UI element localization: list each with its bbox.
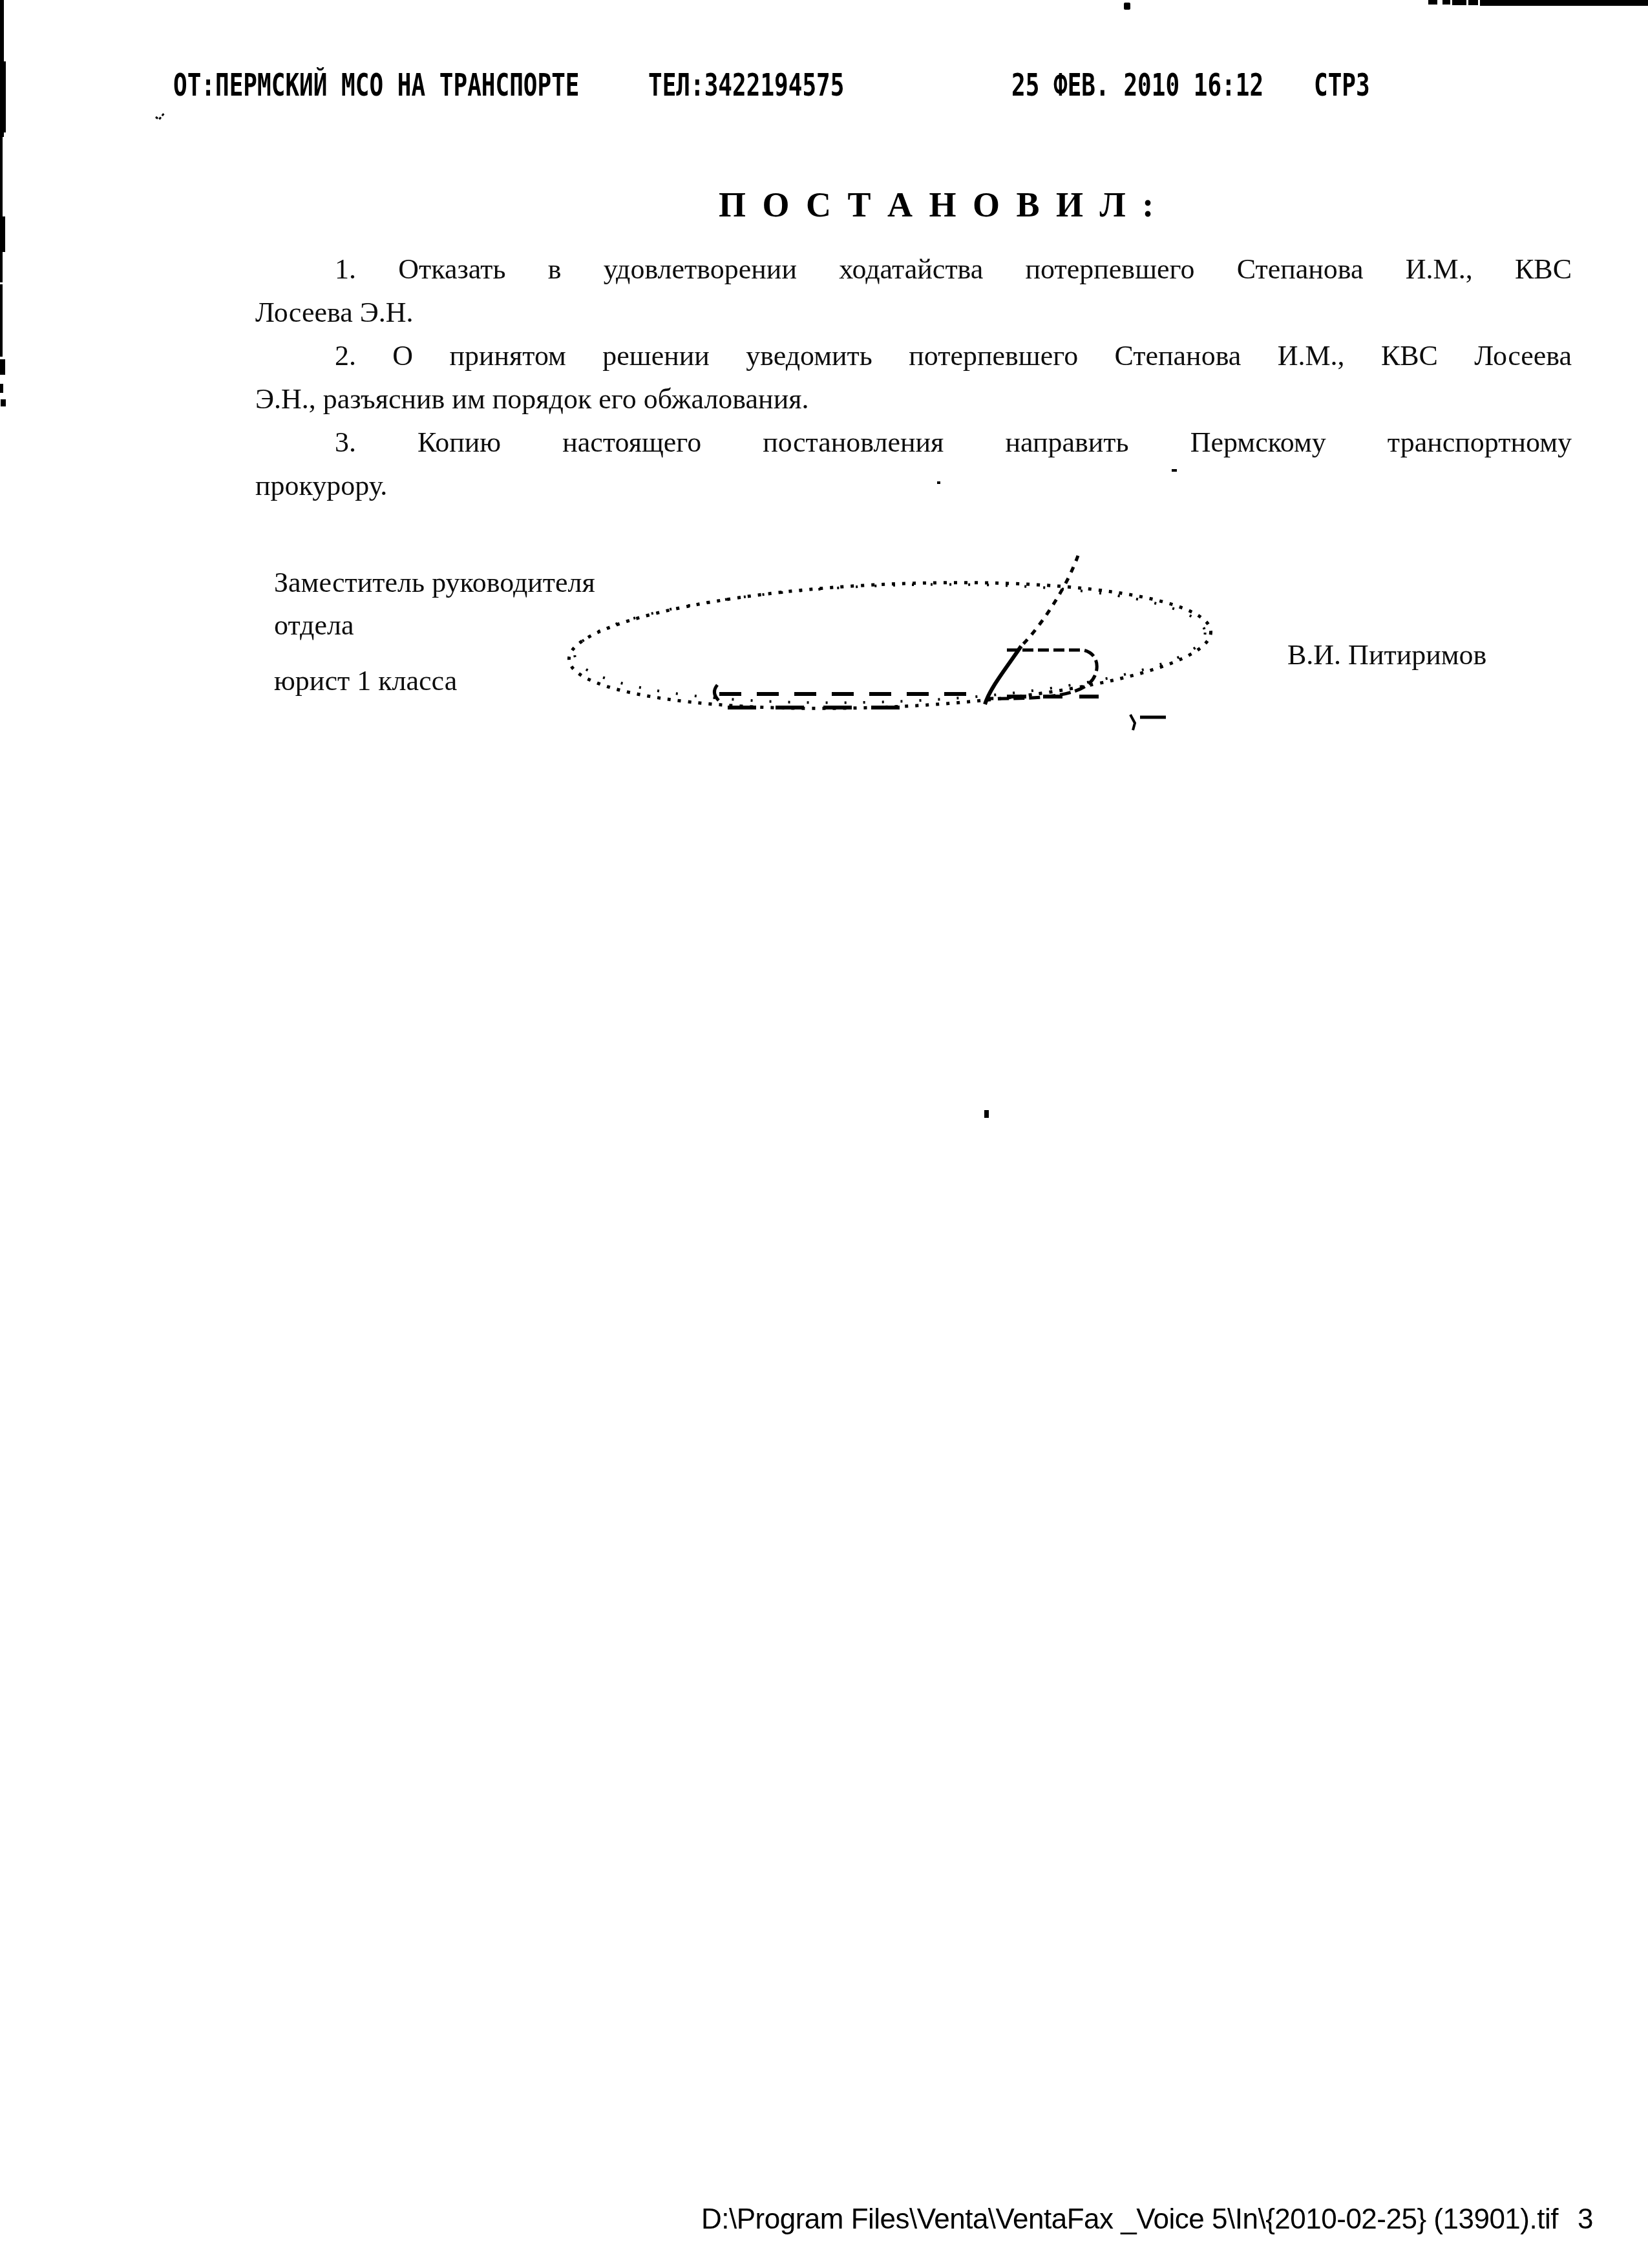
signature-scribble	[555, 541, 1246, 755]
paragraph-1-line-1: 1. Отказать в удовлетворении ходатайства…	[255, 247, 1572, 291]
signatory-name: В.И. Питиримов	[1287, 638, 1486, 671]
scan-artifact-left-edge	[0, 359, 5, 375]
signatory-post-line-2: отдела	[274, 609, 354, 642]
scan-speck	[1172, 469, 1177, 472]
fax-datetime: 25 ФЕВ. 2010 16:12	[1011, 68, 1263, 103]
scan-artifact-left-edge	[1, 399, 6, 406]
scanned-fax-page: { "fax_header": { "from": "ОТ:ПЕРМСКИЙ М…	[0, 0, 1648, 2268]
paragraph-3-line-2: прокурору.	[255, 464, 1572, 507]
scan-artifact-top-edge	[1442, 0, 1450, 5]
paragraph-1-line-2: Лосеева Э.Н.	[255, 291, 1572, 334]
scan-artifact-top-edge	[1452, 0, 1466, 5]
scan-artifact-left-edge	[0, 137, 3, 282]
document-body: 1. Отказать в удовлетворении ходатайства…	[255, 247, 1572, 507]
signatory-post-line-3: юрист 1 класса	[274, 664, 457, 697]
fax-telephone: ТЕЛ:3422194575	[648, 68, 844, 103]
document-title: П О С Т А Н О В И Л :	[719, 185, 1157, 225]
paragraph-2-line-1: 2. О принятом решении уведомить потерпев…	[255, 334, 1572, 377]
fax-transmission-header: ОТ:ПЕРМСКИЙ МСО НА ТРАНСПОРТЕ ТЕЛ:342219…	[0, 68, 1648, 111]
footer-file-path: D:\Program Files\Venta\VentaFax _Voice 5…	[701, 2203, 1558, 2235]
fax-page-label: СТРЗ	[1314, 68, 1370, 103]
footer-page-number: 3	[1578, 2203, 1593, 2235]
signatory-post-line-1: Заместитель руководителя	[274, 566, 595, 599]
scan-artifact-top-edge	[1468, 0, 1478, 5]
fax-sender: ОТ:ПЕРМСКИЙ МСО НА ТРАНСПОРТЕ	[173, 68, 580, 103]
scan-artifact-left-edge	[0, 384, 3, 393]
scan-artifact-left-edge	[0, 216, 5, 252]
footer: D:\Program Files\Venta\VentaFax _Voice 5…	[701, 2203, 1593, 2236]
scan-artifact-top-edge	[1480, 0, 1648, 6]
scan-speck	[155, 111, 167, 121]
paragraph-2-line-2: Э.Н., разъяснив им порядок его обжалован…	[255, 377, 1572, 421]
scan-speck	[984, 1110, 989, 1118]
scan-speck	[937, 481, 940, 484]
scan-artifact-left-edge	[0, 61, 6, 132]
scan-artifact-left-edge	[0, 284, 3, 357]
scan-artifact-top-edge	[1428, 0, 1437, 5]
scan-speck	[1124, 3, 1130, 10]
paragraph-3-line-1: 3. Копию настоящего постановления направ…	[255, 421, 1572, 464]
